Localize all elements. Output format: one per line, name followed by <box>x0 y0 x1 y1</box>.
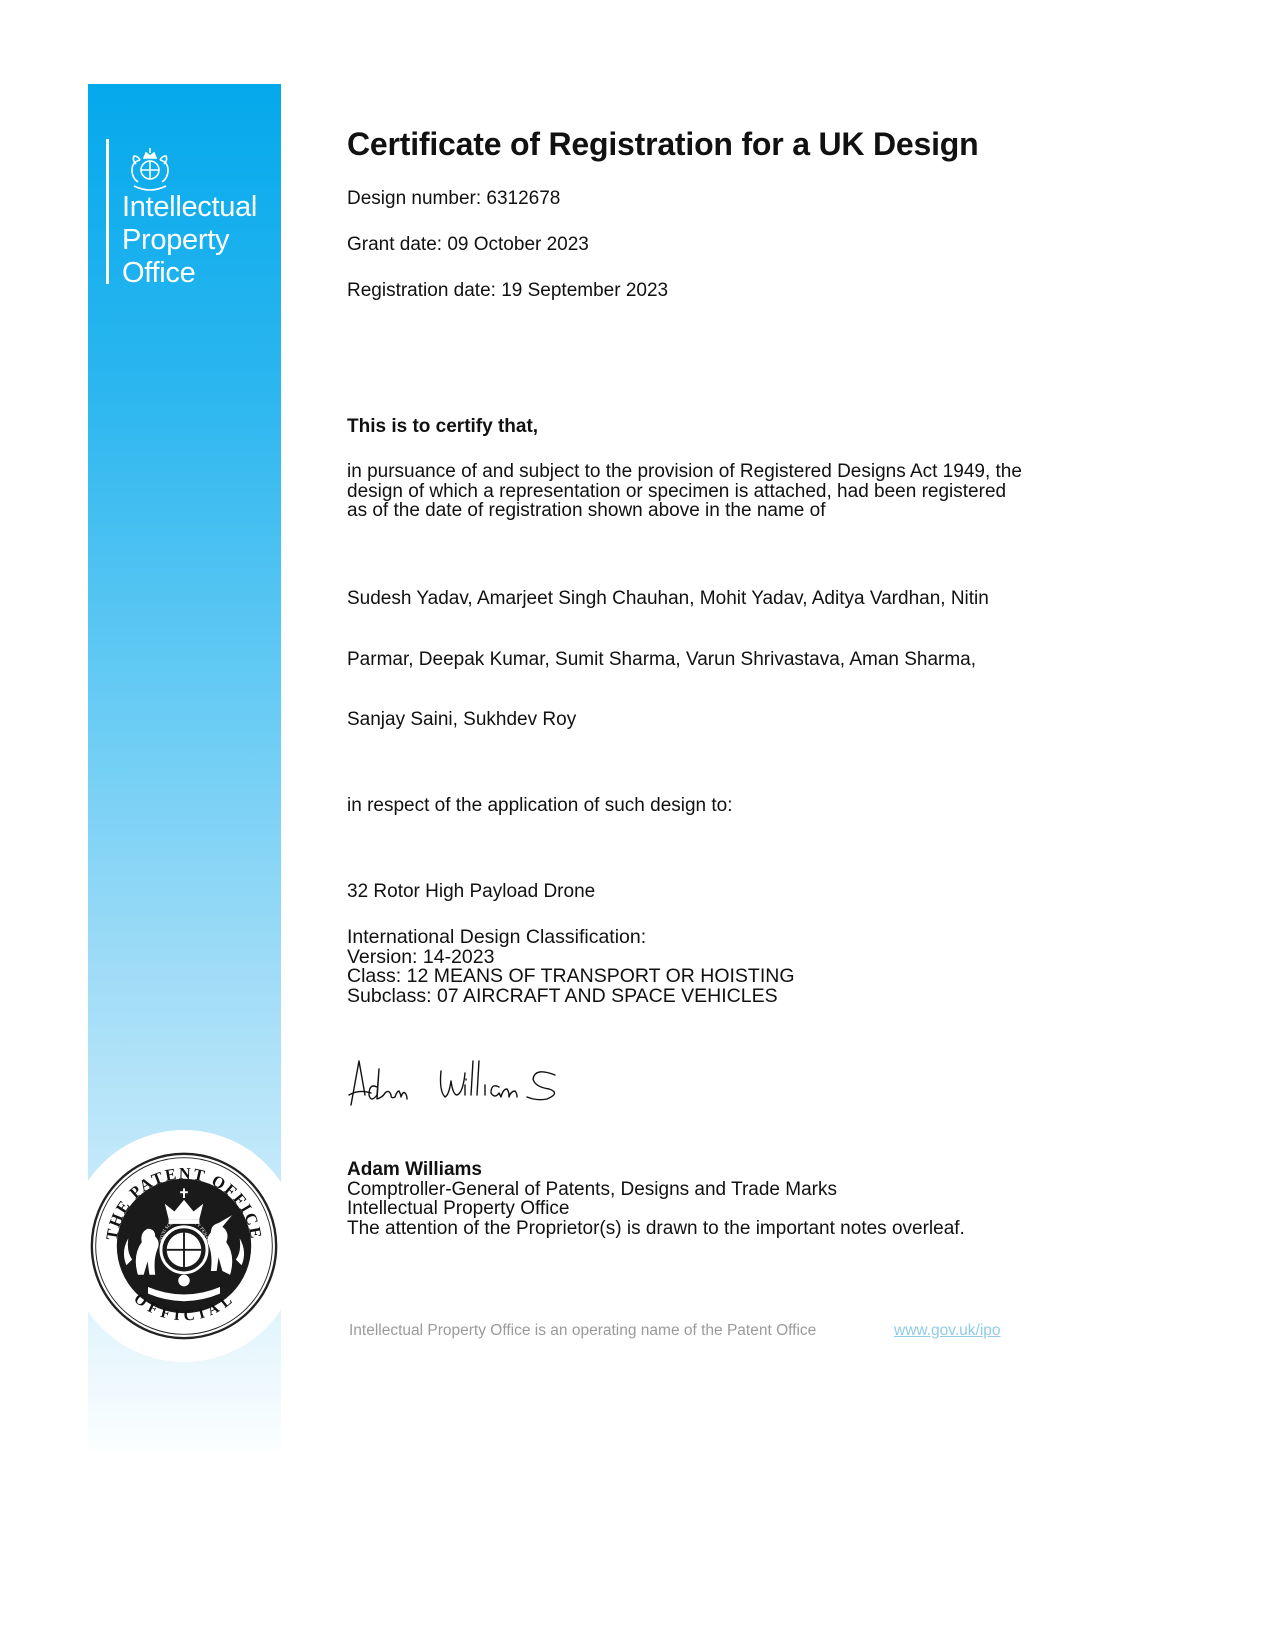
logo-line-1: Intellectual <box>122 191 257 224</box>
classification-heading: International Design Classification: <box>347 928 795 948</box>
product-name: 32 Rotor High Payload Drone <box>347 881 595 903</box>
design-number: Design number: 6312678 <box>347 188 560 210</box>
classification-subclass: Subclass: 07 AIRCRAFT AND SPACE VEHICLES <box>347 987 795 1007</box>
grant-date: Grant date: 09 October 2023 <box>347 234 589 256</box>
proprietor-notice: The attention of the Proprietor(s) is dr… <box>347 1219 965 1239</box>
logo-line-2: Property <box>122 224 257 257</box>
patent-office-seal-icon: THE PATENT OFFICE OFFICIAL HONI SOIT QUI… <box>88 1150 280 1342</box>
pursuance-paragraph: in pursuance of and subject to the provi… <box>347 462 1067 521</box>
logo-line-3: Office <box>122 257 257 290</box>
proprietor-line: Sudesh Yadav, Amarjeet Singh Chauhan, Mo… <box>347 588 989 610</box>
registration-date: Registration date: 19 September 2023 <box>347 280 668 302</box>
pursuance-line: in pursuance of and subject to the provi… <box>347 462 1067 482</box>
signatory-name: Adam Williams <box>347 1160 965 1180</box>
ipo-logo-text: Intellectual Property Office <box>122 191 257 290</box>
footer-note: Intellectual Property Office is an opera… <box>349 1322 816 1340</box>
proprietor-line: Sanjay Saini, Sukhdev Roy <box>347 709 576 731</box>
signatory-role: Comptroller-General of Patents, Designs … <box>347 1180 965 1200</box>
certify-heading: This is to certify that, <box>347 416 538 438</box>
pursuance-line: as of the date of registration shown abo… <box>347 501 1067 521</box>
classification-class: Class: 12 MEANS OF TRANSPORT OR HOISTING <box>347 967 795 987</box>
certificate-title: Certificate of Registration for a UK Des… <box>347 126 979 163</box>
logo-divider <box>106 139 109 284</box>
royal-coat-of-arms-icon <box>122 144 178 192</box>
application-intro: in respect of the application of such de… <box>347 795 733 817</box>
design-classification: International Design Classification: Ver… <box>347 928 795 1006</box>
ipo-website-link[interactable]: www.gov.uk/ipo <box>894 1322 1001 1340</box>
proprietor-line: Parmar, Deepak Kumar, Sumit Sharma, Varu… <box>347 649 976 671</box>
signatory-office: Intellectual Property Office <box>347 1199 965 1219</box>
pursuance-line: design of which a representation or spec… <box>347 482 1067 502</box>
signature-image <box>347 1055 577 1115</box>
signatory-block: Adam Williams Comptroller-General of Pat… <box>347 1160 965 1238</box>
